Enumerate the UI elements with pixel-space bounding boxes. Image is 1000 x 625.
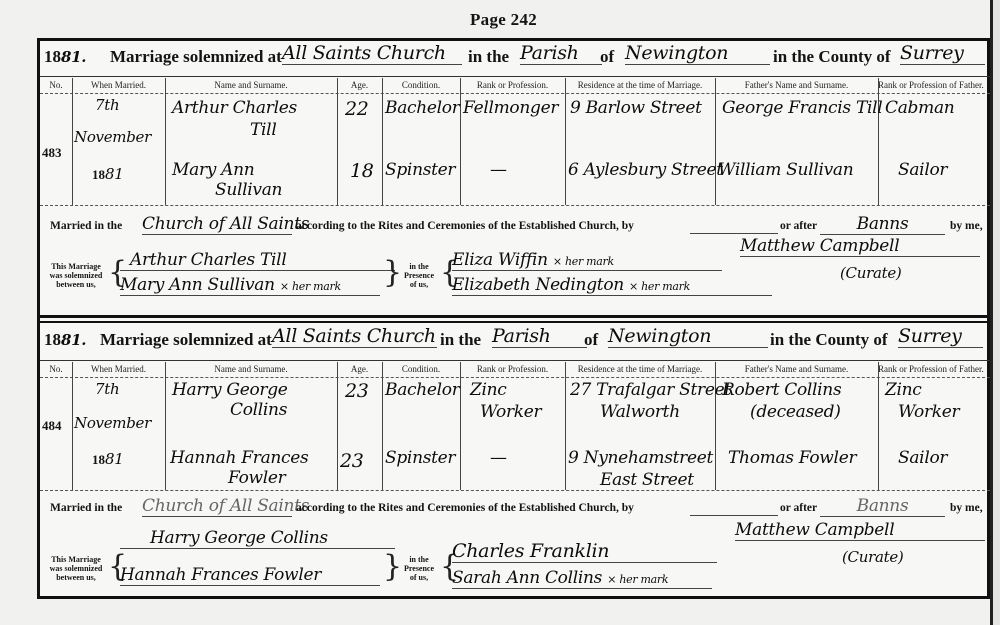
col-name: Name and Surname. [165,80,337,90]
divider [40,377,990,378]
married-in-label: Married in the [50,220,122,232]
groom-rank: Fellmonger [463,98,558,118]
groom-father-rank-line2: Worker [898,402,959,422]
by-me-label: by me, [950,220,983,232]
of-label: of [584,330,598,350]
col-condition: Condition. [382,80,460,90]
rites-label: according to the Rites and Ceremonies of… [296,502,634,514]
divider [40,93,990,94]
bride-condition: Spinster [385,160,455,180]
marriage-year: 1881 [92,450,124,469]
col-no: No. [40,80,72,90]
bride-rank: — [490,160,507,180]
divider [40,205,990,206]
groom-surname: Till [250,120,276,140]
or-after-label: or after [780,220,817,232]
bride-residence: 9 Nynehamstreet [568,448,713,468]
groom-residence: 9 Barlow Street [570,98,702,118]
groom-father: George Francis Till [722,98,882,118]
groom-signature: Arthur Charles Till [120,250,395,271]
bride-surname: Fowler [228,468,285,488]
marriage-month: November [74,414,151,432]
bride-condition: Spinster [385,448,455,468]
col-when-married: When Married. [72,364,165,374]
parish-name: Newington [625,42,770,65]
in-the-label: in the [440,330,481,350]
column-rule [337,78,338,205]
officiant-signature: Matthew Campbell [735,520,985,541]
column-rule [165,362,166,490]
column-rule [72,362,73,490]
divider [40,76,990,77]
parish-label: Parish [520,42,602,65]
marriage-year: 1881 [92,165,124,184]
col-age: Age. [337,364,382,374]
parish-name: Newington [608,325,768,348]
column-rule [565,78,566,205]
groom-rank-line2: Worker [480,402,541,422]
church-name: All Saints Church [282,42,462,65]
page-margin-strip [993,0,1000,625]
entry-separator [37,315,990,318]
parish-label: Parish [492,325,587,348]
year-suffix: 81. [61,331,86,349]
solemnized-label: Marriage solemnized at [100,330,272,350]
entry-separator [37,321,990,323]
groom-age: 23 [345,380,369,402]
bride-surname: Sullivan [215,180,282,200]
officiant-title: (Curate) [840,264,901,282]
bride-signature: Hannah Frances Fowler [120,565,380,586]
column-rule [565,362,566,490]
bride-father-rank: Sailor [898,160,947,180]
bride-residence: 6 Aylesbury Street [568,160,723,180]
col-condition: Condition. [382,364,460,374]
col-residence: Residence at the time of Marriage. [565,364,715,374]
officiant-signature: Matthew Campbell [740,236,980,257]
county-label: in the County of [773,47,891,67]
col-when-married: When Married. [72,80,165,90]
bride-mark: × her mark [280,280,341,293]
groom-father-note: (deceased) [750,402,841,422]
col-father: Father's Name and Surname. [715,364,878,374]
col-name: Name and Surname. [165,364,337,374]
column-rule [382,78,383,205]
witness-2: Elizabeth Nedington × her mark [452,275,772,296]
bride-residence-line2: East Street [600,470,694,490]
column-rule [878,362,879,490]
bride-signature: Mary Ann Sullivan × her mark [120,275,380,296]
entry-year: 1881. [44,330,86,350]
bride-name: Mary Ann [172,160,254,180]
groom-condition: Bachelor [385,98,460,118]
col-rank: Rank or Profession. [460,80,565,90]
rites-label: according to the Rites and Ceremonies of… [296,220,634,232]
col-father-rank: Rank or Profession of Father. [878,364,990,374]
married-in-church: Church of All Saints [142,496,292,517]
groom-age: 22 [345,98,369,120]
bride-age: 18 [350,160,374,182]
this-marriage-label: This Marriage was solemnized between us, [46,262,106,289]
married-in-church: Church of All Saints [142,214,292,235]
bride-father: William Sullivan [718,160,853,180]
bride-name: Hannah Frances [170,448,308,468]
county-name: Surrey [900,42,985,65]
groom-condition: Bachelor [385,380,460,400]
by-me-label: by me, [950,502,983,514]
in-the-label: in the [468,47,509,67]
groom-surname: Collins [230,400,287,420]
col-residence: Residence at the time of Marriage. [565,80,715,90]
col-no: No. [40,364,72,374]
column-rule [337,362,338,490]
in-presence-label: in the Presence of us, [400,262,438,289]
bride-age: 23 [340,450,364,472]
witness-2: Sarah Ann Collins × her mark [452,568,712,589]
county-name: Surrey [898,325,983,348]
year-suffix: 81. [61,48,86,66]
or-after-label: or after [780,502,817,514]
column-rule [715,78,716,205]
marriage-day: 7th [95,96,119,114]
bride-father-rank: Sailor [898,448,947,468]
divider [40,490,990,491]
county-label: in the County of [770,330,888,350]
groom-father: Robert Collins [722,380,841,400]
marriage-day: 7th [95,380,119,398]
groom-signature: Harry George Collins [120,528,395,549]
column-rule [72,78,73,205]
banns: Banns [820,214,945,235]
in-presence-label: in the Presence of us, [400,555,438,582]
col-father-rank: Rank or Profession of Father. [878,80,990,90]
groom-rank: Zinc [470,380,507,400]
banns: Banns [820,496,945,517]
groom-residence: 27 Trafalgar Street [570,380,731,400]
entry-number: 484 [42,418,62,434]
married-in-label: Married in the [50,502,122,514]
witness-1: Charles Franklin [452,540,717,563]
witness-1: Eliza Wiffin × her mark [452,250,722,271]
marriage-month: November [74,128,151,146]
col-father: Father's Name and Surname. [715,80,878,90]
groom-residence-line2: Walworth [600,402,680,422]
entry-year: 1881. [44,47,86,67]
by-blank [690,232,778,234]
col-age: Age. [337,80,382,90]
groom-father-rank: Zinc [885,380,922,400]
officiant-title: (Curate) [842,548,903,566]
groom-name: Harry George [172,380,288,400]
solemnized-label: Marriage solemnized at [110,47,282,67]
church-name: All Saints Church [272,325,437,348]
bride-rank: — [490,448,507,468]
bride-father: Thomas Fowler [728,448,856,468]
by-blank [690,514,778,516]
column-rule [165,78,166,205]
of-label: of [600,47,614,67]
groom-father-rank: Cabman [885,98,954,118]
divider [40,360,990,361]
page-title: Page 242 [470,10,537,30]
groom-name: Arthur Charles [172,98,297,118]
this-marriage-label: This Marriage was solemnized between us, [46,555,106,582]
entry-number: 483 [42,145,62,161]
col-rank: Rank or Profession. [460,364,565,374]
column-rule [460,362,461,490]
column-rule [460,78,461,205]
column-rule [382,362,383,490]
